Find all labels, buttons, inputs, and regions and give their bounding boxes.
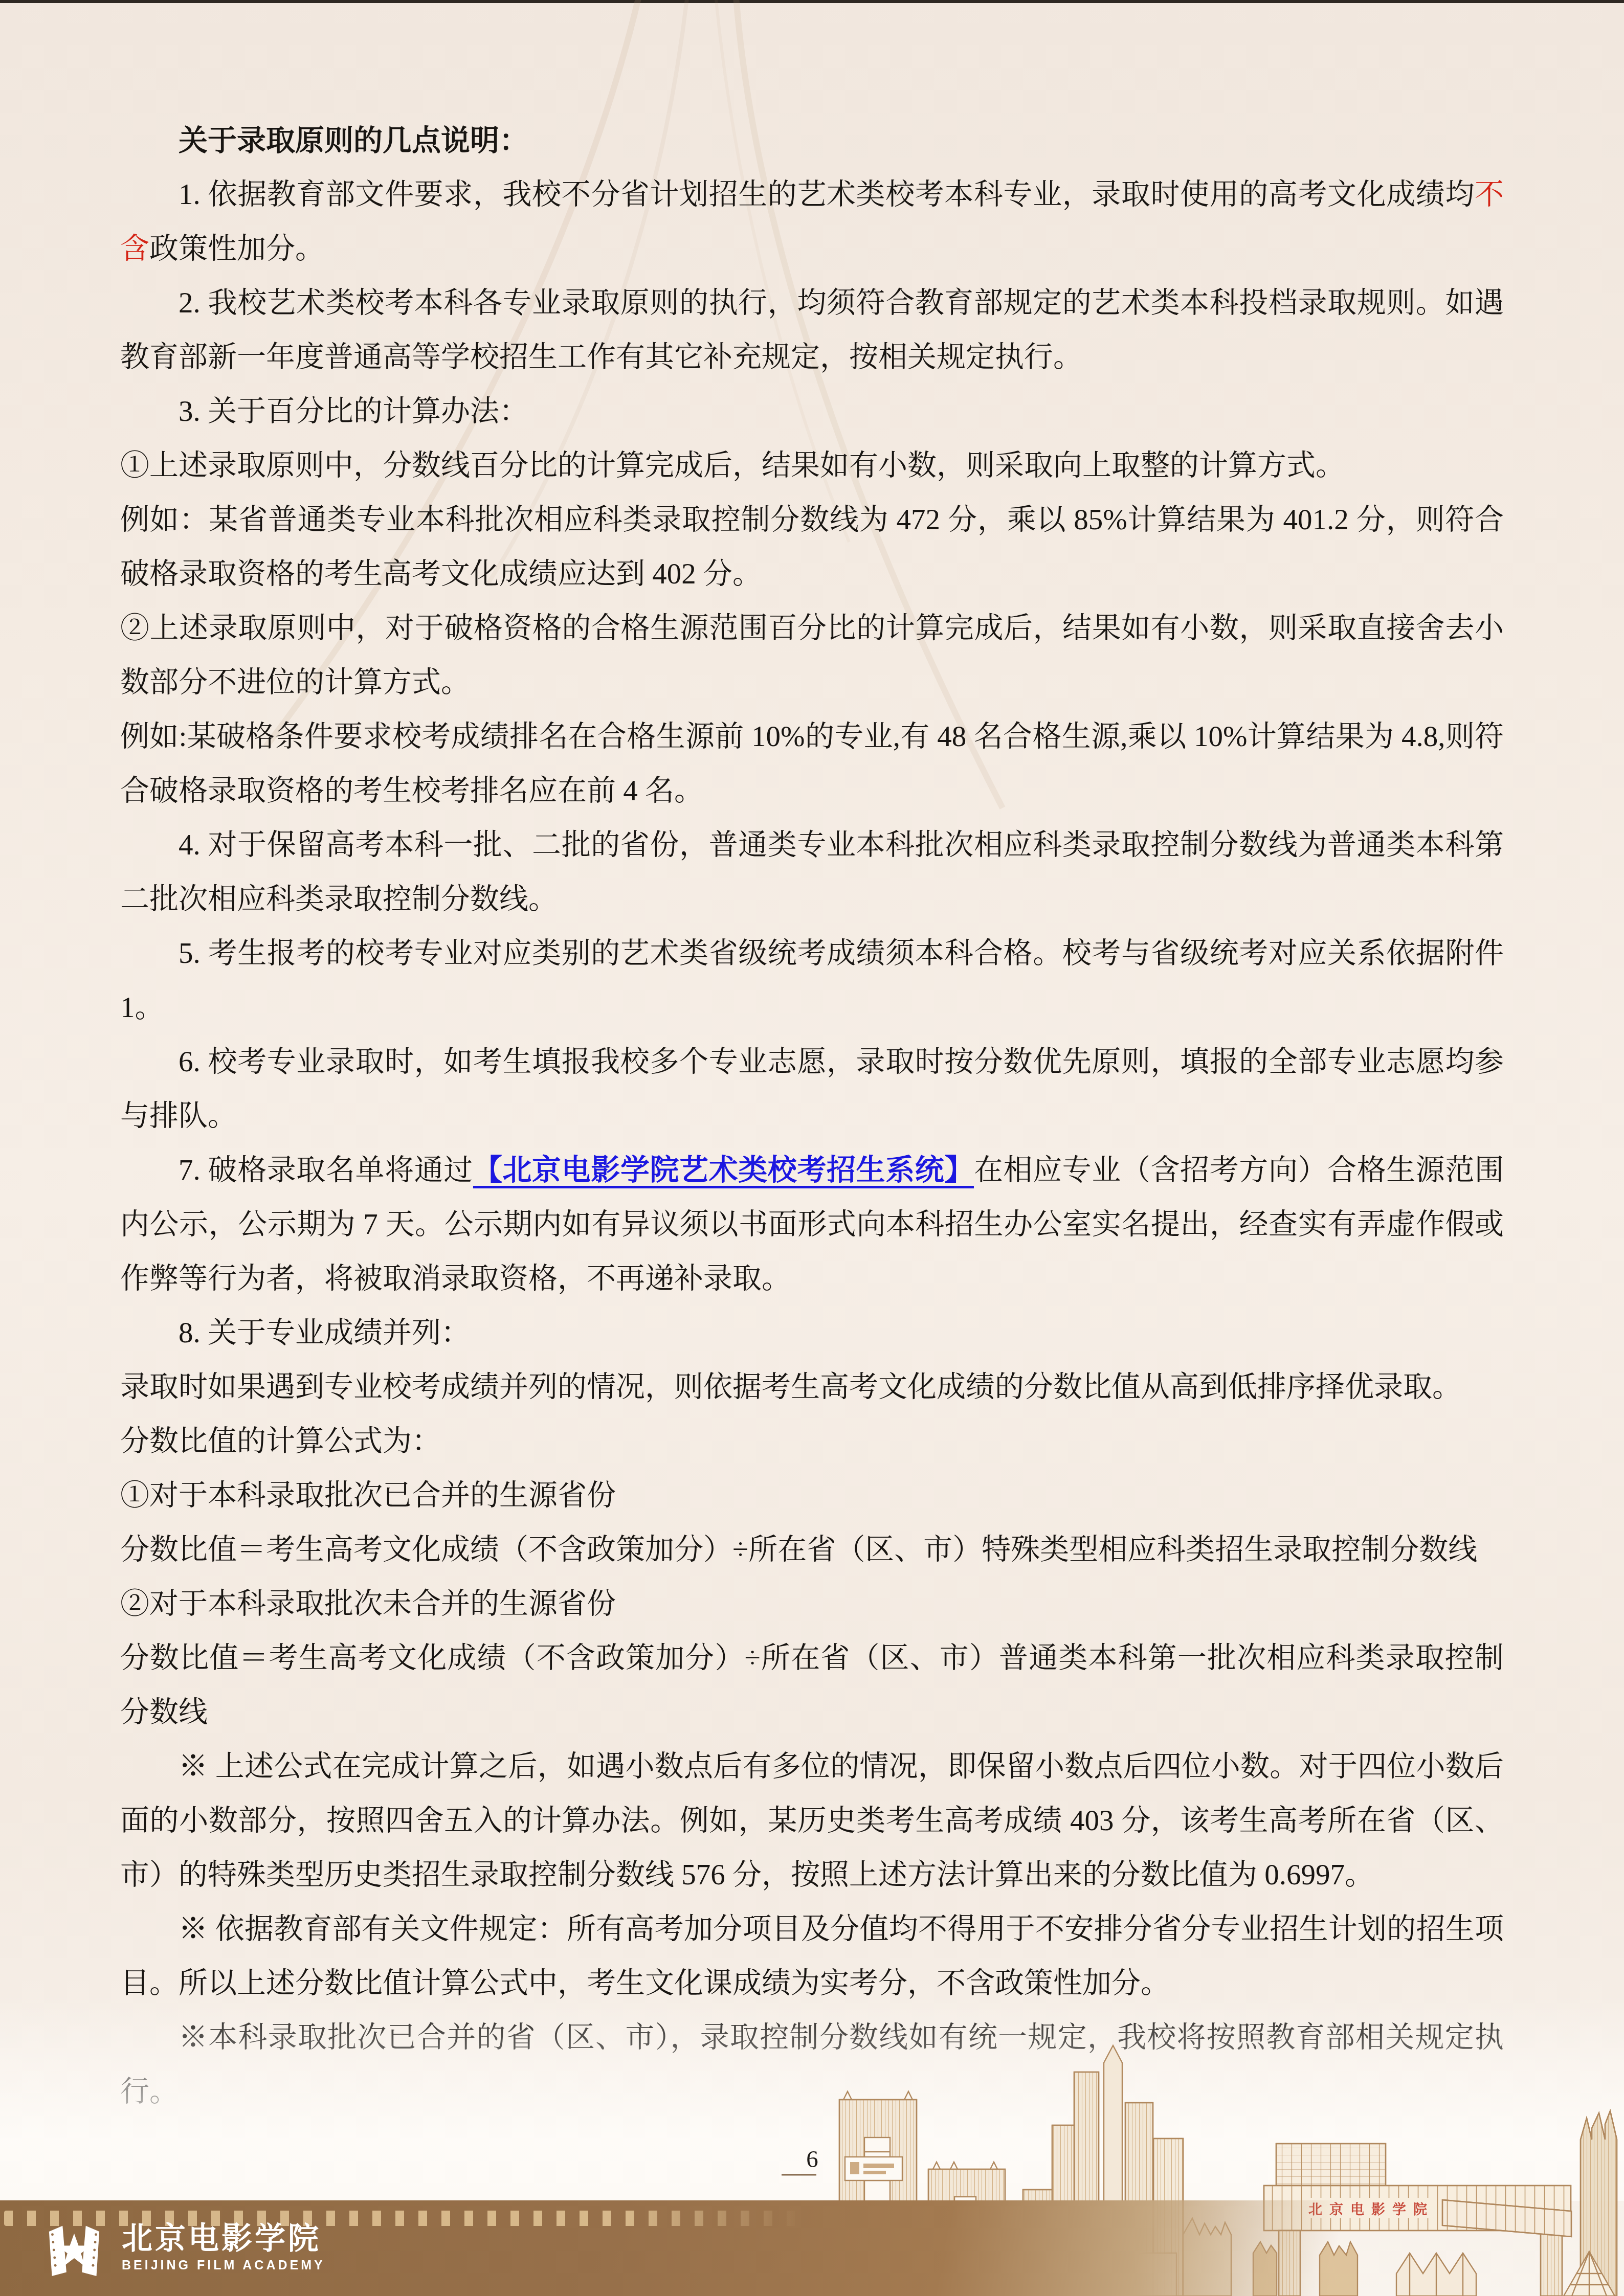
formula-merged-batch: 分数比值＝考生高考文化成绩（不含政策加分）÷所在省（区、市）特殊类型相应科类招生… [120,1523,1504,1577]
bfa-logo-english: BEIJING FILM ACADEMY [122,2258,325,2273]
paragraph-17: ②对于本科录取批次未合并的生源省份 [120,1577,1504,1631]
paragraph-11: 7. 破格录取名单将通过【北京电影学院艺术类校考招生系统】在相应专业（含招考方向… [120,1143,1504,1306]
bfa-art-exam-system-link[interactable]: 【北京电影学院艺术类校考招生系统】 [473,1154,974,1186]
paragraph-3: 3. 关于百分比的计算办法： [120,385,1504,439]
paragraph-1-tail: 政策性加分。 [149,233,324,265]
paragraph-14: 分数比值的计算公式为： [120,1414,1504,1469]
formula-unmerged-batch: 分数比值＝考生高考文化成绩（不含政策加分）÷所在省（区、市）普通类本科第一批次相… [120,1631,1504,1740]
footer-film-strip-band: 北京电影学院 BEIJING FILM ACADEMY [0,2200,1624,2296]
paragraph-2: 2. 我校艺术类校考本科各专业录取原则的执行，均须符合教育部规定的艺术类本科投档… [120,276,1504,385]
bfa-logo-chinese: 北京电影学院 [122,2223,325,2255]
section-heading: 关于录取原则的几点说明： [120,114,1504,168]
document-page: { "doc": { "heading": "关于录取原则的几点说明：", "p… [0,0,1624,2296]
page-top-border [0,0,1624,3]
paragraph-8: 4. 对于保留高考本科一批、二批的省份，普通类专业本科批次相应科类录取控制分数线… [120,818,1504,927]
bfa-logo-text: 北京电影学院 BEIJING FILM ACADEMY [122,2223,325,2273]
paragraph-13: 录取时如果遇到专业校考成绩并列的情况，则依据考生高考文化成绩的分数比值从高到低排… [120,1360,1504,1414]
paragraph-15: ①对于本科录取批次已合并的生源省份 [120,1469,1504,1523]
document-body: 关于录取原则的几点说明： 1. 依据教育部文件要求，我校不分省计划招生的艺术类校… [120,114,1504,2119]
bfa-logo: 北京电影学院 BEIJING FILM ACADEMY [41,2223,325,2276]
bfa-logo-icon [41,2223,107,2276]
paragraph-10: 6. 校考专业录取时，如考生填报我校多个专业志愿，录取时按分数优先原则，填报的全… [120,1035,1504,1143]
paragraph-9: 5. 考生报考的校考专业对应类别的艺术类省级统考成绩须本科合格。校考与省级统考对… [120,927,1504,1035]
paragraph-11-text: 7. 破格录取名单将通过 [179,1154,473,1186]
paragraph-5-example: 例如：某省普通类专业本科批次相应科类录取控制分数线为 472 分，乘以 85%计… [120,493,1504,601]
paragraph-1-text: 1. 依据教育部文件要求，我校不分省计划招生的艺术类校考本科专业，录取时使用的高… [179,178,1475,211]
paragraph-4: ①上述录取原则中，分数线百分比的计算完成后，结果如有小数，则采取向上取整的计算方… [120,439,1504,493]
paragraph-6: ②上述录取原则中，对于破格资格的合格生源范围百分比的计算完成后，结果如有小数，则… [120,601,1504,710]
paragraph-1: 1. 依据教育部文件要求，我校不分省计划招生的艺术类校考本科专业，录取时使用的高… [120,168,1504,276]
paragraph-12: 8. 关于专业成绩并列： [120,1306,1504,1360]
paragraph-7-example: 例如:某破格条件要求校考成绩排名在合格生源前 10%的专业,有 48 名合格生源… [120,710,1504,818]
note-rounding: ※ 上述公式在完成计算之后，如遇小数点后有多位的情况，即保留小数点后四位小数。对… [120,1740,1504,1902]
page-number: 6 [787,2146,838,2173]
